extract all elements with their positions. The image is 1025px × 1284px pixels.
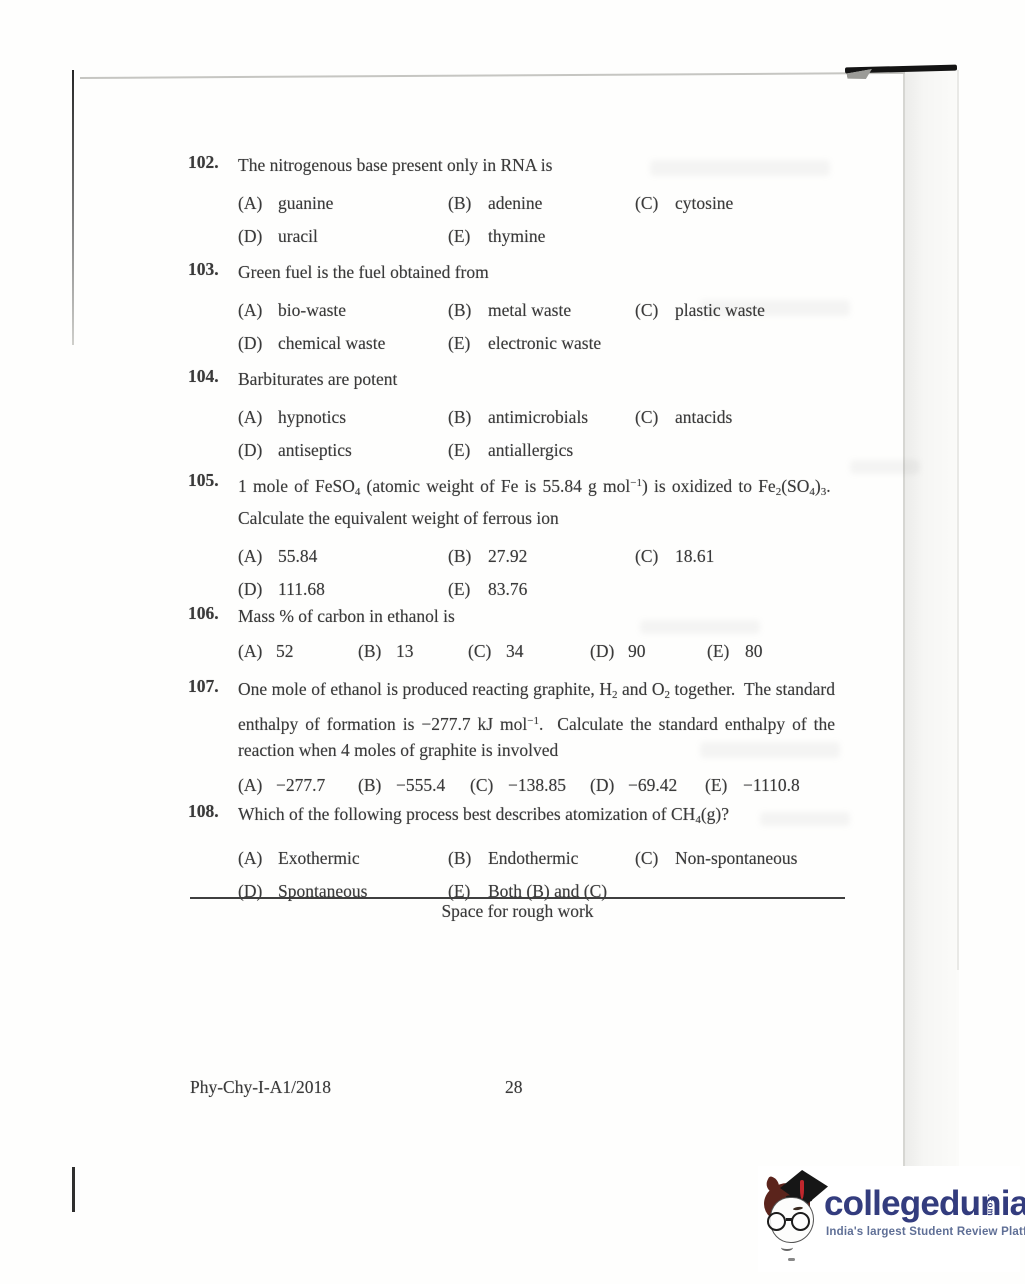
option-d: (D)111.68 [238, 576, 448, 602]
option-c: (C)34 [468, 638, 524, 664]
collegedunia-logo: collegedunia .com India's largest Studen… [758, 1166, 1020, 1272]
rough-work-label: Space for rough work [190, 901, 845, 922]
glasses-icon [786, 1218, 792, 1221]
option-text: −277.7 [276, 772, 325, 798]
option-d: (D)−69.42 [590, 772, 677, 798]
option-text: electronic waste [488, 330, 601, 356]
option-c: (C)plastic waste [635, 297, 838, 323]
option-text: −1110.8 [743, 772, 800, 798]
option-b: (B)27.92 [448, 543, 635, 569]
question-number: 102. [188, 152, 238, 173]
option-d: (D)antiseptics [238, 437, 448, 463]
option-text: antiseptics [278, 437, 352, 463]
mascot-mouth [781, 1244, 793, 1251]
question-text: 1 mole of FeSO4 (atomic weight of Fe is … [238, 470, 835, 531]
option-b: (B)adenine [448, 190, 635, 216]
glasses-icon [791, 1212, 810, 1231]
option-text: 34 [506, 638, 524, 664]
option-text: −138.85 [508, 772, 566, 798]
option-text: Exothermic [278, 845, 360, 871]
scan-page-edge [957, 70, 959, 970]
option-a: (A)bio-waste [238, 297, 448, 323]
question-text: Green fuel is the fuel obtained from [238, 259, 835, 285]
question-number: 108. [188, 801, 238, 822]
scanned-exam-page: 102. The nitrogenous base present only i… [0, 0, 1025, 1284]
option-text: −555.4 [396, 772, 445, 798]
option-a: (A)hypnotics [238, 404, 448, 430]
rough-work-divider [190, 897, 845, 899]
question-104: 104. Barbiturates are potent (A)hypnotic… [188, 366, 848, 470]
option-text: antacids [675, 404, 732, 430]
option-text: 90 [628, 638, 646, 664]
option-e: (E)−1110.8 [705, 772, 800, 798]
option-text: 52 [276, 638, 294, 664]
question-text: Mass % of carbon in ethanol is [238, 603, 835, 629]
option-c: (C)Non-spontaneous [635, 845, 838, 871]
question-107: 107. One mole of ethanol is produced rea… [188, 676, 848, 798]
option-c: (C)antacids [635, 404, 838, 430]
option-b: (B)−555.4 [358, 772, 445, 798]
option-a: (A)−277.7 [238, 772, 325, 798]
option-text: Endothermic [488, 845, 578, 871]
question-108: 108. Which of the following process best… [188, 801, 848, 911]
question-106: 106. Mass % of carbon in ethanol is (A)5… [188, 603, 848, 664]
cap-tassel [800, 1180, 804, 1199]
question-number: 104. [188, 366, 238, 387]
option-text: thymine [488, 223, 545, 249]
option-text: Non-spontaneous [675, 845, 797, 871]
option-a: (A)52 [238, 638, 294, 664]
question-103: 103. Green fuel is the fuel obtained fro… [188, 259, 848, 363]
brand-domain-suffix: .com [986, 1194, 995, 1217]
option-text: 80 [745, 638, 763, 664]
option-text: chemical waste [278, 330, 385, 356]
brand-tagline: India's largest Student Review Platform [826, 1226, 1025, 1238]
option-d: (D)90 [590, 638, 646, 664]
option-e: (E)antiallergics [448, 437, 635, 463]
scan-page-fold [903, 70, 959, 1170]
option-text: hypnotics [278, 404, 346, 430]
option-text: −69.42 [628, 772, 677, 798]
option-c: (C)−138.85 [470, 772, 566, 798]
option-c: (C)18.61 [635, 543, 838, 569]
option-d: (D)chemical waste [238, 330, 448, 356]
option-text: 18.61 [675, 543, 714, 569]
option-a: (A)Exothermic [238, 845, 448, 871]
option-b: (B)Endothermic [448, 845, 635, 871]
option-a: (A)guanine [238, 190, 448, 216]
glasses-icon [767, 1212, 786, 1231]
option-text: metal waste [488, 297, 571, 323]
option-text: adenine [488, 190, 542, 216]
question-102: 102. The nitrogenous base present only i… [188, 152, 848, 256]
option-text: 27.92 [488, 543, 527, 569]
option-b: (B)metal waste [448, 297, 635, 323]
option-text: 55.84 [278, 543, 317, 569]
option-text: guanine [278, 190, 333, 216]
option-text: 83.76 [488, 576, 527, 602]
question-number: 107. [188, 676, 238, 697]
option-b: (B)antimicrobials [448, 404, 635, 430]
option-d: (D)uracil [238, 223, 448, 249]
question-text: Which of the following process best desc… [238, 801, 835, 833]
option-text: 111.68 [278, 576, 325, 602]
option-text: bio-waste [278, 297, 346, 323]
option-text: antimicrobials [488, 404, 588, 430]
option-text: 13 [396, 638, 414, 664]
question-number: 103. [188, 259, 238, 280]
option-text: uracil [278, 223, 318, 249]
question-text: The nitrogenous base present only in RNA… [238, 152, 835, 178]
scan-left-edge-bottom [72, 1167, 75, 1212]
page-number: 28 [505, 1077, 523, 1098]
option-e: (E)80 [707, 638, 763, 664]
question-text: Barbiturates are potent [238, 366, 835, 392]
option-e: (E)thymine [448, 223, 635, 249]
option-b: (B)13 [358, 638, 414, 664]
option-text: antiallergics [488, 437, 573, 463]
option-c: (C)cytosine [635, 190, 838, 216]
option-a: (A)55.84 [238, 543, 448, 569]
question-105: 105. 1 mole of FeSO4 (atomic weight of F… [188, 470, 848, 609]
scan-top-edge [80, 72, 905, 79]
question-number: 105. [188, 470, 238, 491]
option-e: (E)83.76 [448, 576, 635, 602]
paper-code: Phy-Chy-I-A1/2018 [190, 1077, 331, 1098]
option-e: (E)electronic waste [448, 330, 635, 356]
option-text: cytosine [675, 190, 733, 216]
option-text: plastic waste [675, 297, 765, 323]
question-text: One mole of ethanol is produced reacting… [238, 676, 835, 763]
scan-left-edge [72, 70, 74, 345]
mascot-neck [788, 1258, 795, 1261]
question-number: 106. [188, 603, 238, 624]
scan-bleedthrough [850, 460, 920, 474]
collegedunia-mascot-icon [764, 1170, 826, 1266]
